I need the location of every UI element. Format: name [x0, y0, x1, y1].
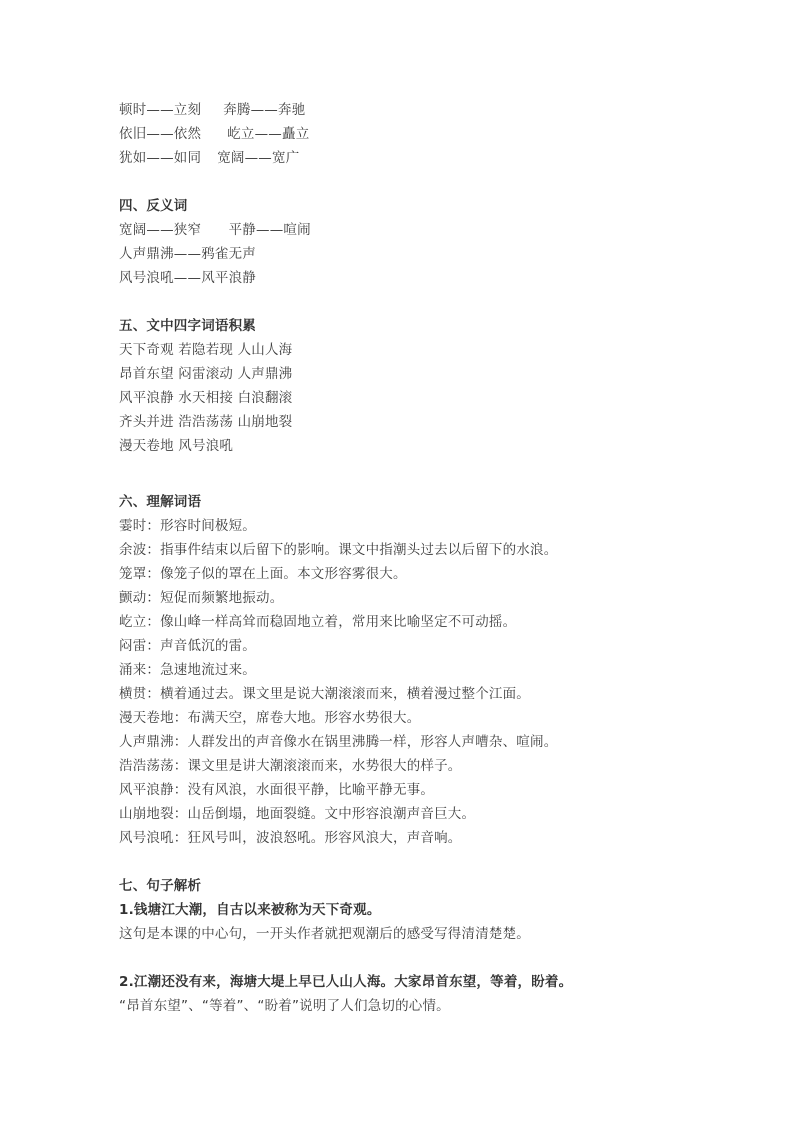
document-page: 顿时——立刻奔腾——奔驰 依旧——依然屹立——矗立 犹如——如同宽阔——宽广 四…	[119, 98, 719, 1018]
spacer	[119, 458, 719, 482]
definition-item: 浩浩荡荡：课文里是讲大潮滚滚而来，水势很大的样子。	[119, 754, 719, 778]
section-heading-antonyms: 四、反义词	[119, 194, 719, 218]
definition-item: 人声鼎沸：人群发出的声音像水在锅里沸腾一样，形容人声嘈杂、喧闹。	[119, 730, 719, 754]
synonym-pair: 屹立——矗立	[227, 122, 309, 146]
section-heading-word-meanings: 六、理解词语	[119, 490, 719, 514]
definition-item: 颤动：短促而频繁地振动。	[119, 586, 719, 610]
spacer	[119, 850, 719, 874]
key-sentence: 2.江潮还没有来，海塘大堤上早已人山人海。大家昂首东望，等着，盼着。	[119, 970, 719, 994]
synonym-pair: 宽阔——宽广	[217, 146, 299, 170]
sentence-analysis: “昂首东望”、“等着”、“盼着”说明了人们急切的心情。	[119, 994, 719, 1018]
synonym-pair: 顿时——立刻	[119, 98, 201, 122]
word-row: 齐头并进 浩浩荡荡 山崩地裂	[119, 410, 719, 434]
definition-item: 涌来：急速地流过来。	[119, 658, 719, 682]
spacer	[119, 170, 719, 194]
word-row: 漫天卷地 风号浪吼	[119, 434, 719, 458]
definition-item: 霎时：形容时间极短。	[119, 514, 719, 538]
synonym-row: 犹如——如同宽阔——宽广	[119, 146, 719, 170]
antonym-row: 风号浪吼——风平浪静	[119, 266, 719, 290]
synonym-row: 依旧——依然屹立——矗立	[119, 122, 719, 146]
spacer	[119, 290, 719, 314]
definition-item: 笼罩：像笼子似的罩在上面。本文形容雾很大。	[119, 562, 719, 586]
antonym-row: 宽阔——狭窄 平静——喧闹	[119, 218, 719, 242]
section-heading-four-char-words: 五、文中四字词语积累	[119, 314, 719, 338]
section-heading-sentence-analysis: 七、句子解析	[119, 874, 719, 898]
synonym-pair: 依旧——依然	[119, 122, 201, 146]
definition-item: 山崩地裂：山岳倒塌，地面裂缝。文中形容浪潮声音巨大。	[119, 802, 719, 826]
definition-item: 风号浪吼：狂风号叫，波浪怒吼。形容风浪大，声音响。	[119, 826, 719, 850]
synonym-row: 顿时——立刻奔腾——奔驰	[119, 98, 719, 122]
word-row: 风平浪静 水天相接 白浪翻滚	[119, 386, 719, 410]
synonym-pair: 奔腾——奔驰	[223, 98, 305, 122]
definition-item: 风平浪静：没有风浪，水面很平静，比喻平静无事。	[119, 778, 719, 802]
definition-item: 余波：指事件结束以后留下的影响。课文中指潮头过去以后留下的水浪。	[119, 538, 719, 562]
spacer	[119, 482, 719, 490]
word-row: 天下奇观 若隐若现 人山人海	[119, 338, 719, 362]
definition-item: 横贯：横着通过去。课文里是说大潮滚滚而来，横着漫过整个江面。	[119, 682, 719, 706]
definition-item: 屹立：像山峰一样高耸而稳固地立着，常用来比喻坚定不可动摇。	[119, 610, 719, 634]
definition-item: 闷雷：声音低沉的雷。	[119, 634, 719, 658]
key-sentence: 1.钱塘江大潮，自古以来被称为天下奇观。	[119, 898, 719, 922]
definition-item: 漫天卷地：布满天空，席卷大地。形容水势很大。	[119, 706, 719, 730]
spacer	[119, 946, 719, 970]
sentence-analysis: 这句是本课的中心句，一开头作者就把观潮后的感受写得清清楚楚。	[119, 922, 719, 946]
synonym-pair: 犹如——如同	[119, 146, 201, 170]
antonym-row: 人声鼎沸——鸦雀无声	[119, 242, 719, 266]
word-row: 昂首东望 闷雷滚动 人声鼎沸	[119, 362, 719, 386]
